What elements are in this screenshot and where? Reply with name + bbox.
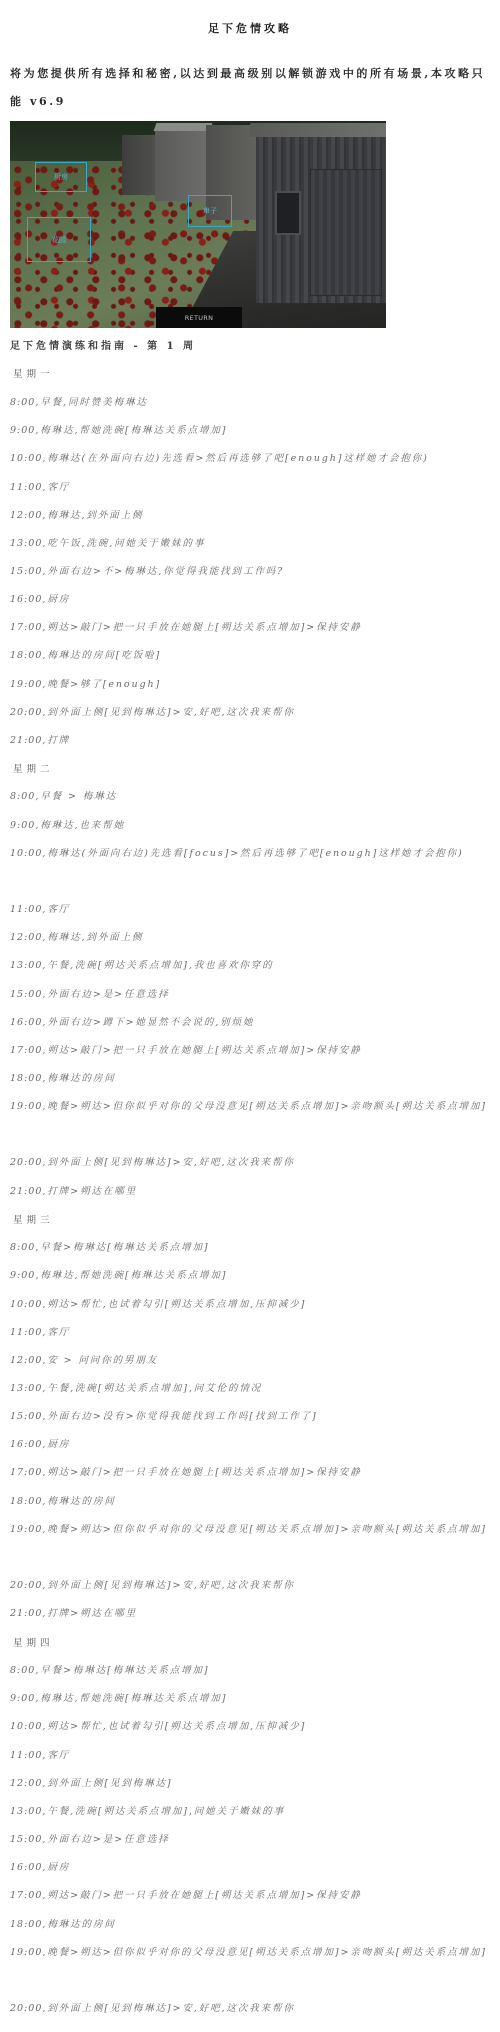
- entry-time: 16:00: [10, 1439, 42, 1450]
- entry-time: 9:00: [10, 1270, 35, 1281]
- schedule-entry: 15:00,外面右边>不>梅琳达,你觉得我能找到工作吗?: [10, 558, 495, 586]
- entry-text: 早餐>梅琳达[梅琳达关系点增加]: [40, 1242, 209, 1253]
- hotspot-3[interactable]: 車子: [188, 195, 232, 227]
- entry-time: 19:00: [10, 1101, 42, 1112]
- schedule-entry: 9:00,梅琳达,帮她洗碗[梅琳达关系点增加]: [10, 1685, 495, 1713]
- schedule-entry: 10:00,朔达>帮忙,也试着勾引[朔达关系点增加,压抑减少]: [10, 1713, 495, 1741]
- entry-text: 到外面上侧[见到梅琳达]>安,好吧,这次我来帮你: [47, 1157, 295, 1168]
- entry-text: 到外面上侧[见到梅琳达]>安,好吧,这次我来帮你: [47, 707, 295, 718]
- entry-time: 10:00: [10, 453, 42, 464]
- entry-text: 打牌>朔达在哪里: [47, 1186, 137, 1197]
- schedule-entry: 20:00,到外面上侧[见到梅琳达]>安,好吧,这次我来帮你: [10, 1572, 495, 1600]
- schedule-entry: 18:00,梅琳达的房间: [10, 1488, 495, 1516]
- hotspot-label: 厨房: [54, 172, 68, 182]
- intro-paragraph: 将为您提供所有选择和秘密,以达到最高级别以解锁游戏中的所有场景,本攻略只能 v6…: [10, 60, 495, 116]
- hotspot-label: 車子: [203, 206, 217, 216]
- schedule-entry: 17:00,朔达>敲门>把一只手放在她腿上[朔达关系点增加]>保持安静: [10, 614, 495, 642]
- entry-time: 12:00: [10, 1778, 42, 1789]
- entry-text: 外面右边>是>任意选择: [47, 989, 169, 1000]
- entry-time: 21:00: [10, 1608, 42, 1619]
- schedule-entry: 17:00,朔达>敲门>把一只手放在她腿上[朔达关系点增加]>保持安静: [10, 1459, 495, 1487]
- entry-text: 外面右边>蹲下>她显然不会说的,别烦她: [47, 1017, 254, 1028]
- schedule-entry: 12:00,安 > 问问你的男朋友: [10, 1347, 495, 1375]
- entry-text: 厨房: [47, 594, 70, 605]
- schedule-entry: 16:00,厨房: [10, 1431, 495, 1459]
- entry-time: 15:00: [10, 566, 42, 577]
- entry-text: 安 > 问问你的男朋友: [47, 1355, 158, 1366]
- entry-text: 到外面上侧[见到梅琳达]>安,好吧,这次我来帮你: [47, 2003, 295, 2014]
- entry-text: 梅琳达(外面向右边)先选看[focus]>然后再选够了吧[enough]这样她才…: [47, 848, 463, 859]
- shed-window: [275, 191, 301, 235]
- entry-time: 13:00: [10, 1806, 42, 1817]
- entry-text: 外面右边>不>梅琳达,你觉得我能找到工作吗?: [47, 566, 284, 577]
- entry-text: 朔达>敲门>把一只手放在她腿上[朔达关系点增加]>保持安静: [47, 1045, 361, 1056]
- entry-text: 午餐,洗碗[朔达关系点增加],问艾伦的情况: [47, 1383, 262, 1394]
- entry-time: 12:00: [10, 932, 42, 943]
- entry-time: 8:00: [10, 1242, 35, 1253]
- schedule-entry: 16:00,厨房: [10, 586, 495, 614]
- entry-time: 17:00: [10, 622, 42, 633]
- hotspot-label: 花园: [52, 235, 66, 245]
- entry-time: 21:00: [10, 735, 42, 746]
- entry-time: 8:00: [10, 397, 35, 408]
- entry-time: 10:00: [10, 1721, 42, 1732]
- entry-time: 19:00: [10, 1524, 42, 1535]
- entry-time: 13:00: [10, 538, 42, 549]
- entry-text: 梅琳达的房间: [47, 1919, 115, 1930]
- document-title: 足下危情攻略: [0, 20, 500, 36]
- entry-time: 13:00: [10, 1383, 42, 1394]
- entry-time: 9:00: [10, 425, 35, 436]
- entry-text: 午餐,洗碗[朔达关系点增加],问她关于嫩妹的事: [47, 1806, 285, 1817]
- entry-text: 厨房: [47, 1862, 70, 1873]
- schedule-entry: 13:00,午餐,洗碗[朔达关系点增加],问她关于嫩妹的事: [10, 1798, 495, 1826]
- schedule-entry: 10:00,朔达>帮忙,也试着勾引[朔达关系点增加,压抑减少]: [10, 1291, 495, 1319]
- entry-time: 20:00: [10, 1157, 42, 1168]
- entry-text: 梅琳达的房间: [47, 1073, 115, 1084]
- entry-text: 厨房: [47, 1439, 70, 1450]
- schedule-entry: 15:00,外面右边>没有>你觉得我能找到工作吗[找到工作了]: [10, 1403, 495, 1431]
- schedule-entry: 15:00,外面右边>是>任意选择: [10, 981, 495, 1009]
- entry-time: 19:00: [10, 1947, 42, 1958]
- day-heading: 星期四: [13, 1635, 54, 1649]
- entry-time: 9:00: [10, 1693, 35, 1704]
- entry-time: 12:00: [10, 1355, 42, 1366]
- entry-time: 11:00: [10, 1327, 42, 1338]
- schedule-entry: 11:00,客厅: [10, 1319, 495, 1347]
- entry-text: 朔达>敲门>把一只手放在她腿上[朔达关系点增加]>保持安静: [47, 622, 361, 633]
- day-heading: 星期一: [13, 366, 54, 380]
- game-screenshot: 厨房 花园 車子 RETURN: [10, 121, 386, 328]
- entry-time: 16:00: [10, 594, 42, 605]
- entry-time: 16:00: [10, 1862, 42, 1873]
- entry-text: 吃午饭,洗碗,问她关于嫩妹的事: [47, 538, 205, 549]
- schedule-entry: 9:00,梅琳达,帮她洗碗[梅琳达关系点增加]: [10, 1262, 495, 1290]
- schedule-entry: 13:00,吃午饭,洗碗,问她关于嫩妹的事: [10, 530, 495, 558]
- entry-time: 20:00: [10, 1580, 42, 1591]
- entry-time: 16:00: [10, 1017, 42, 1028]
- entry-text: 午餐,洗碗[朔达关系点增加],我也喜欢你穿的: [47, 960, 273, 971]
- entry-time: 11:00: [10, 482, 42, 493]
- shed-door: [310, 169, 382, 296]
- entry-time: 20:00: [10, 707, 42, 718]
- day-heading: 星期三: [13, 1212, 54, 1226]
- schedule-entry: 12:00,梅琳达,到外面上侧: [10, 502, 495, 530]
- schedule-entry: 13:00,午餐,洗碗[朔达关系点增加],问艾伦的情况: [10, 1375, 495, 1403]
- entry-time: 11:00: [10, 1750, 42, 1761]
- schedule-entry: 8:00,早餐,同时赞美梅琳达: [10, 389, 495, 417]
- entry-time: 13:00: [10, 960, 42, 971]
- schedule-entry: 9:00,梅琳达,也来帮她: [10, 812, 495, 840]
- schedule-entry: 8:00,早餐>梅琳达[梅琳达关系点增加]: [10, 1234, 495, 1262]
- entry-time: 17:00: [10, 1467, 42, 1478]
- entry-time: 8:00: [10, 1665, 35, 1676]
- entry-text: 朔达>敲门>把一只手放在她腿上[朔达关系点增加]>保持安静: [47, 1890, 361, 1901]
- entry-text: 梅琳达的房间[吃饭啦]: [47, 650, 161, 661]
- schedule-entry: 20:00,到外面上侧[见到梅琳达]>安,好吧,这次我来帮你: [10, 699, 495, 727]
- entry-time: 15:00: [10, 1834, 42, 1845]
- schedule-entry: 18:00,梅琳达的房间[吃饭啦]: [10, 642, 495, 670]
- entry-text: 客厅: [47, 482, 70, 493]
- entry-text: 梅琳达,帮她洗碗[梅琳达关系点增加]: [40, 425, 227, 436]
- hotspot-2[interactable]: 花园: [27, 217, 91, 262]
- return-button[interactable]: RETURN: [156, 307, 242, 328]
- schedule-entry: 16:00,外面右边>蹲下>她显然不会说的,别烦她: [10, 1009, 495, 1037]
- entry-text: 晚餐>朔达>但你似乎对你的父母没意见[朔达关系点增加]>亲吻额头[朔达关系点增加…: [47, 1101, 487, 1112]
- schedule-entry: 9:00,梅琳达,帮她洗碗[梅琳达关系点增加]: [10, 417, 495, 445]
- schedule-entry: 21:00,打牌>朔达在哪里: [10, 1600, 495, 1628]
- entry-time: 18:00: [10, 1496, 42, 1507]
- schedule-entry: 21:00,打牌>朔达在哪里: [10, 1178, 495, 1206]
- entry-text: 打牌>朔达在哪里: [47, 1608, 137, 1619]
- entry-text: 客厅: [47, 1750, 70, 1761]
- entry-text: 客厅: [47, 1327, 70, 1338]
- schedule-entry: 15:00,外面右边>是>任意选择: [10, 1826, 495, 1854]
- entry-text: 梅琳达,帮她洗碗[梅琳达关系点增加]: [40, 1270, 227, 1281]
- entry-time: 21:00: [10, 1186, 42, 1197]
- entry-text: 梅琳达,到外面上侧: [47, 932, 143, 943]
- entry-time: 9:00: [10, 820, 35, 831]
- schedule-entry: 20:00,到外面上侧[见到梅琳达]>安,好吧,这次我来帮你: [10, 1995, 495, 2023]
- day-heading: 星期二: [13, 761, 54, 775]
- entry-text: 梅琳达的房间: [47, 1496, 115, 1507]
- entry-text: 早餐,同时赞美梅琳达: [40, 397, 148, 408]
- entry-text: 晚餐>朔达>但你似乎对你的父母没意见[朔达关系点增加]>亲吻额头[朔达关系点增加…: [47, 1947, 487, 1958]
- schedule-entry: 11:00,客厅: [10, 474, 495, 502]
- entry-time: 12:00: [10, 510, 42, 521]
- entry-time: 15:00: [10, 989, 42, 1000]
- entry-time: 11:00: [10, 904, 42, 915]
- schedule-entry: 12:00,到外面上侧[见到梅琳达]: [10, 1770, 495, 1798]
- schedule-entry: 19:00,晚餐>朔达>但你似乎对你的父母没意见[朔达关系点增加]>亲吻额头[朔…: [10, 1093, 495, 1121]
- entry-time: 10:00: [10, 1299, 42, 1310]
- entry-text: 朔达>帮忙,也试着勾引[朔达关系点增加,压抑减少]: [47, 1299, 306, 1310]
- entry-text: 早餐 > 梅琳达: [40, 791, 117, 802]
- schedule-entry: 8:00,早餐>梅琳达[梅琳达关系点增加]: [10, 1657, 495, 1685]
- entry-text: 梅琳达(在外面向右边)先选看>然后再选够了吧[enough]这样她才会抱你): [47, 453, 428, 464]
- entry-text: 外面右边>是>任意选择: [47, 1834, 169, 1845]
- hotspot-1[interactable]: 厨房: [35, 162, 87, 192]
- entry-time: 20:00: [10, 2003, 42, 2014]
- entry-text: 朔达>帮忙,也试着勾引[朔达关系点增加,压抑减少]: [47, 1721, 306, 1732]
- schedule-entry: 11:00,客厅: [10, 896, 495, 924]
- entry-time: 10:00: [10, 848, 42, 859]
- schedule-entry: 20:00,到外面上侧[见到梅琳达]>安,好吧,这次我来帮你: [10, 1149, 495, 1177]
- entry-time: 15:00: [10, 1411, 42, 1422]
- entry-time: 18:00: [10, 650, 42, 661]
- entry-time: 8:00: [10, 791, 35, 802]
- entry-text: 晚餐>够了[enough]: [47, 679, 161, 690]
- entry-time: 18:00: [10, 1073, 42, 1084]
- entry-text: 到外面上侧[见到梅琳达]>安,好吧,这次我来帮你: [47, 1580, 295, 1591]
- schedule-entry: 10:00,梅琳达(外面向右边)先选看[focus]>然后再选够了吧[enoug…: [10, 840, 495, 868]
- schedule-entry: 18:00,梅琳达的房间: [10, 1065, 495, 1093]
- entry-text: 朔达>敲门>把一只手放在她腿上[朔达关系点增加]>保持安静: [47, 1467, 361, 1478]
- entry-text: 外面右边>没有>你觉得我能找到工作吗[找到工作了]: [47, 1411, 317, 1422]
- far-shed-roof: [155, 129, 211, 201]
- section-heading: 足下危情演练和指南 - 第 1 周: [10, 337, 196, 352]
- entry-text: 梅琳达,到外面上侧: [47, 510, 143, 521]
- schedule-entry: 19:00,晚餐>够了[enough]: [10, 671, 495, 699]
- entry-text: 早餐>梅琳达[梅琳达关系点增加]: [40, 1665, 209, 1676]
- schedule-entry: 19:00,晚餐>朔达>但你似乎对你的父母没意见[朔达关系点增加]>亲吻额头[朔…: [10, 1516, 495, 1544]
- schedule-entry: 8:00,早餐 > 梅琳达: [10, 783, 495, 811]
- schedule-entry: 19:00,晚餐>朔达>但你似乎对你的父母没意见[朔达关系点增加]>亲吻额头[朔…: [10, 1939, 495, 1967]
- entry-time: 19:00: [10, 679, 42, 690]
- schedule-entry: 17:00,朔达>敲门>把一只手放在她腿上[朔达关系点增加]>保持安静: [10, 1882, 495, 1910]
- schedule-entry: 12:00,梅琳达,到外面上侧: [10, 924, 495, 952]
- schedule-entry: 16:00,厨房: [10, 1854, 495, 1882]
- entry-text: 晚餐>朔达>但你似乎对你的父母没意见[朔达关系点增加]>亲吻额头[朔达关系点增加…: [47, 1524, 487, 1535]
- entry-text: 梅琳达,也来帮她: [40, 820, 125, 831]
- schedule-entry: 17:00,朔达>敲门>把一只手放在她腿上[朔达关系点增加]>保持安静: [10, 1037, 495, 1065]
- entry-text: 客厅: [47, 904, 70, 915]
- entry-text: 打牌: [47, 735, 70, 746]
- entry-time: 17:00: [10, 1045, 42, 1056]
- entry-time: 17:00: [10, 1890, 42, 1901]
- schedule-entry: 21:00,打牌: [10, 727, 495, 755]
- schedule-entry: 13:00,午餐,洗碗[朔达关系点增加],我也喜欢你穿的: [10, 952, 495, 980]
- entry-text: 到外面上侧[见到梅琳达]: [47, 1778, 172, 1789]
- entry-text: 梅琳达,帮她洗碗[梅琳达关系点增加]: [40, 1693, 227, 1704]
- schedule-entry: 11:00,客厅: [10, 1742, 495, 1770]
- schedule-entry: 18:00,梅琳达的房间: [10, 1911, 495, 1939]
- schedule-entry: 10:00,梅琳达(在外面向右边)先选看>然后再选够了吧[enough]这样她才…: [10, 445, 495, 473]
- entry-time: 18:00: [10, 1919, 42, 1930]
